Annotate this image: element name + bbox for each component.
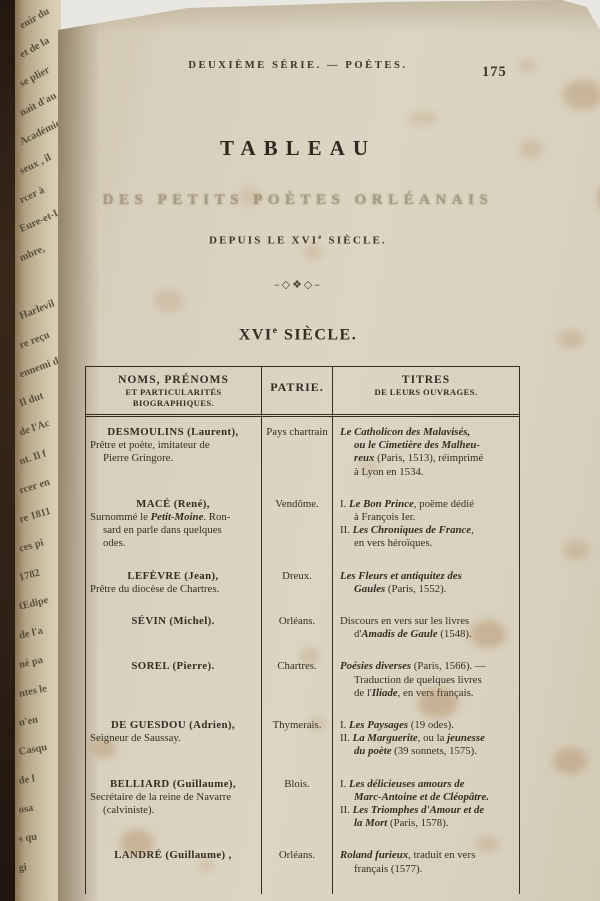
poet-name: SÉVIN (Michel). (90, 615, 256, 628)
table-cell: Roland furieux, traduit en versfrançais … (333, 840, 519, 885)
work-title-line: I. Le Bon Prince, poëme dédié (340, 498, 515, 511)
poet-patrie: Thymerais. (262, 719, 332, 732)
facing-page-text-fragment: de l (18, 765, 61, 787)
work-title-line: reux (Paris, 1513), réimprimé (340, 452, 515, 465)
table-cell: I. Les Paysages (19 odes).II. La Marguer… (333, 710, 519, 769)
facing-page-text-fragment: osa (18, 795, 61, 816)
facing-page-text-fragment: Harlevil (18, 286, 61, 322)
poet-biography-line: sard en parle dans quelques (90, 524, 256, 537)
title-italic-text: Petit-Moine (151, 511, 204, 523)
text-segment: (Paris, 1513), réimprimé (374, 452, 483, 464)
title-italic-text: La Marguerite (353, 732, 418, 744)
title-italic-text: Les Triomphes d'Amour et de (353, 804, 485, 816)
facing-page-text-fragment: Casqu (18, 735, 61, 758)
section-heading: XVIe SIÈCLE. (78, 325, 518, 344)
poet-patrie: Orléans. (262, 615, 332, 628)
work-title-line: Poésies diverses (Paris, 1566). — (340, 660, 515, 673)
foxing-stain (154, 290, 184, 312)
facing-page-text-fragment: Œdipe (18, 585, 61, 613)
foxing-stain (518, 60, 536, 72)
title-italic-text: du poète (354, 745, 391, 757)
work-title-line: de l'Iliade, en vers français. (340, 687, 515, 700)
work-title-line: français (1577). (340, 863, 515, 876)
work-title-line: Le Catholicon des Malavisés, (340, 426, 515, 439)
title-italic-text: Le Bon Prince (349, 498, 414, 510)
poet-patrie: Chartres. (262, 660, 332, 673)
text-segment: Pierre Gringore. (103, 452, 173, 464)
facing-page-text-fragment: rcer en (18, 465, 61, 496)
text-segment: Surnommé le (90, 511, 151, 523)
facing-page-text-fragment: s qu (18, 825, 61, 845)
table-cell: Les Fleurs et antiquitez desGaules (Pari… (333, 561, 519, 606)
text-segment: DE GUESDOU (Adrien), (111, 719, 235, 731)
poet-patrie: Pays chartrain (262, 426, 332, 439)
text-segment: de l' (354, 687, 372, 699)
text-segment: , poëme dédié (414, 498, 474, 510)
table-cell: LANDRÉ (Guillaume) , (86, 840, 261, 885)
table-cell: DE GUESDOU (Adrien),Seigneur de Saussay. (86, 710, 261, 769)
table-cell: Chartres. (261, 651, 333, 710)
foxing-stain (303, 245, 323, 259)
section-text-end: SIÈCLE. (279, 326, 358, 343)
facing-page-text-fragment: ennemi d (18, 346, 61, 381)
foxing-stain (408, 110, 438, 126)
work-title-line: la Mort (Paris, 1578). (340, 817, 515, 830)
work-title-line: II. Les Triomphes d'Amour et de (340, 804, 515, 817)
poet-name: BELLIARD (Guillaume), (90, 778, 256, 791)
table-cell: Dreux. (261, 561, 333, 606)
text-segment: , ou la (418, 732, 447, 744)
text-segment: , (471, 524, 474, 536)
text-segment: sard en parle dans quelques (103, 524, 222, 536)
title-italic-text: Le Catholicon des Malavisés, (340, 426, 470, 438)
foxing-stain (558, 330, 584, 348)
poet-patrie: Dreux. (262, 570, 332, 583)
section-text: XVI (239, 326, 273, 343)
work-title-line: II. Les Chroniques de France, (340, 524, 515, 537)
title-italic-text: Iliade (372, 687, 398, 699)
text-segment: à François Ier. (354, 511, 415, 523)
page-title: TABLEAU (78, 136, 518, 161)
text-segment: français (1577). (354, 863, 422, 875)
book-page: DEUXIÈME SÉRIE. — POÈTES. 175 TABLEAU DE… (58, 0, 600, 901)
text-segment: I. (340, 778, 349, 790)
text-segment: MACÉ (René), (136, 498, 210, 510)
facing-page-text-fragment: ntes le (18, 675, 61, 700)
poet-name: DESMOULINS (Laurent), (90, 426, 256, 439)
work-title-line: I. Les délicieuses amours de (340, 778, 515, 791)
since-text: DEPUIS LE XVI (209, 235, 318, 247)
table-cell: Poésies diverses (Paris, 1566). —Traduct… (333, 651, 519, 710)
header-titres-line2: DE LEURS OUVRAGES. (335, 387, 517, 398)
facing-page-text-fragment: re 1811 (18, 495, 61, 525)
text-segment: Prêtre et poète, imitateur de (90, 439, 210, 451)
work-title-line: Gaules (Paris, 1552). (340, 583, 515, 596)
text-segment: Discours en vers sur les livres (340, 615, 469, 627)
work-title-line: à François Ier. (340, 511, 515, 524)
table-cell: I. Les délicieuses amours deMarc-Antoine… (333, 769, 519, 841)
text-segment: DESMOULINS (Laurent), (107, 426, 238, 438)
text-segment: (Paris, 1552). (385, 583, 446, 595)
table-cell: Pays chartrain (261, 417, 333, 489)
text-segment: (19 odes). (408, 719, 454, 731)
poet-patrie: Blois. (262, 778, 332, 791)
foxing-stain (520, 140, 542, 158)
table-cell: DESMOULINS (Laurent),Prêtre et poète, im… (86, 417, 261, 489)
poet-biography-line: (calviniste). (90, 804, 256, 817)
text-segment: LANDRÉ (Guillaume) , (114, 849, 231, 861)
facing-page-text-fragment: Il dut (18, 376, 61, 410)
table-cell: Vendôme. (261, 489, 333, 561)
text-segment: , en vers français. (398, 687, 474, 699)
poet-biography-line: Secrétaire de la reine de Navarre (90, 791, 256, 804)
facing-page-text-fragment: 1782 (18, 555, 61, 584)
header-noms-line1: NOMS, PRÉNOMS (88, 373, 259, 387)
foxing-stain (563, 540, 589, 560)
table-bottom-open (333, 886, 519, 894)
table-header-patrie: PATRIE. (261, 367, 333, 417)
poet-biography-line: Surnommé le Petit-Moine. Ron- (90, 511, 256, 524)
work-title-line: Les Fleurs et antiquitez des (340, 570, 515, 583)
text-segment: . Ron- (203, 511, 230, 523)
poet-biography-line: Prêtre et poète, imitateur de (90, 439, 256, 452)
facing-page-text-fragment: né pa (18, 645, 61, 671)
table-cell: Thymerais. (261, 710, 333, 769)
table-header-noms: NOMS, PRÉNOMS ET PARTICULARITÉS BIOGRAPH… (86, 367, 261, 417)
facing-page-text-fragment: enir du (18, 0, 61, 32)
facing-page-text-fragment: de l'a (18, 615, 61, 642)
poets-table: NOMS, PRÉNOMS ET PARTICULARITÉS BIOGRAPH… (85, 366, 520, 894)
prev-page: enir duet de lase pliernait d'auAcadémie… (15, 0, 61, 901)
text-segment: (39 sonnets, 1575). (391, 745, 476, 757)
facing-page-text-fragment: nt. Il f (18, 435, 61, 467)
text-segment: I. (340, 498, 349, 510)
title-italic-text: reux (354, 452, 374, 464)
since-text-end: SIÈCLE. (324, 235, 387, 247)
text-segment: (Paris, 1566). — (411, 660, 486, 672)
title-italic-text: jeunesse (447, 732, 485, 744)
text-segment: Seigneur de Saussay. (90, 732, 181, 744)
text-segment: (calviniste). (103, 804, 154, 816)
table-cell: BELLIARD (Guillaume),Secrétaire de la re… (86, 769, 261, 841)
book-spine-edge (0, 0, 15, 901)
text-segment: Traduction de quelques livres (354, 674, 482, 686)
facing-page-text-fragment: de l'Ac (18, 405, 61, 438)
work-title-line: Traduction de quelques livres (340, 674, 515, 687)
text-segment: LEFÈVRE (Jean), (127, 570, 218, 582)
poet-patrie: Orléans. (262, 849, 332, 862)
foxing-stain (553, 748, 587, 774)
poet-name: LANDRÉ (Guillaume) , (90, 849, 256, 862)
header-titres-line1: TITRES (335, 373, 517, 387)
work-title-line: Discours en vers sur les livres (340, 615, 515, 628)
title-italic-text: Poésies diverses (340, 660, 411, 672)
text-segment: I. (340, 719, 349, 731)
poet-biography-line: Seigneur de Saussay. (90, 732, 256, 745)
table-cell: Discours en vers sur les livresd'Amadis … (333, 606, 519, 651)
title-italic-text: Les Fleurs et antiquitez des (340, 570, 462, 582)
text-segment: , traduit en vers (408, 849, 475, 861)
text-segment: SOREL (Pierre). (131, 660, 214, 672)
text-segment: Prêtre du diocèse de Chartres. (90, 583, 219, 595)
poet-biography-line: Pierre Gringore. (90, 452, 256, 465)
subtitle-since-line: DEPUIS LE XVIe SIÈCLE. (78, 234, 518, 247)
book-photo: enir duet de lase pliernait d'auAcadémie… (0, 0, 600, 901)
work-title-line: d'Amadis de Gaule (1548). (340, 628, 515, 641)
work-title-line: II. La Marguerite, ou la jeunesse (340, 732, 515, 745)
table-bottom-open (261, 886, 333, 894)
work-title-line: Roland furieux, traduit en vers (340, 849, 515, 862)
title-italic-text: la Mort (354, 817, 387, 829)
poet-name: LEFÈVRE (Jean), (90, 570, 256, 583)
text-segment: SÉVIN (Michel). (131, 615, 214, 627)
running-header: DEUXIÈME SÉRIE. — POÈTES. (78, 60, 518, 71)
poet-biography-line: odes. (90, 537, 256, 550)
title-italic-text: ou le Cimetière des Malheu- (354, 439, 480, 451)
foxing-stain (563, 80, 600, 110)
title-italic-text: Amadis de Gaule (361, 628, 437, 640)
work-title-line: ou le Cimetière des Malheu- (340, 439, 515, 452)
title-italic-text: Les délicieuses amours de (349, 778, 464, 790)
table-cell: SOREL (Pierre). (86, 651, 261, 710)
table-cell: I. Le Bon Prince, poëme dédiéà François … (333, 489, 519, 561)
text-segment: odes. (103, 537, 126, 549)
work-title-line: du poète (39 sonnets, 1575). (340, 745, 515, 758)
text-segment: II. (340, 804, 353, 816)
page-number: 175 (482, 64, 507, 81)
fleuron-ornament-icon: –◇❖◇– (78, 278, 518, 291)
poet-name: SOREL (Pierre). (90, 660, 256, 673)
text-segment: (Paris, 1578). (387, 817, 448, 829)
facing-page-text-fragment: gi (18, 855, 61, 874)
table-cell: Orléans. (261, 606, 333, 651)
title-italic-text: Marc-Antoine et de Cléopâtre. (354, 791, 489, 803)
title-italic-text: Les Chroniques de France (353, 524, 471, 536)
table-cell: LEFÈVRE (Jean),Prêtre du diocèse de Char… (86, 561, 261, 606)
poet-patrie: Vendôme. (262, 498, 332, 511)
table-cell: Blois. (261, 769, 333, 841)
table-cell: SÉVIN (Michel). (86, 606, 261, 651)
poet-biography-line: Prêtre du diocèse de Chartres. (90, 583, 256, 596)
work-title-line: à Lyon en 1534. (340, 466, 515, 479)
work-title-line: Marc-Antoine et de Cléopâtre. (340, 791, 515, 804)
text-segment: à Lyon en 1534. (354, 466, 424, 478)
poet-name: MACÉ (René), (90, 498, 256, 511)
work-title-line: I. Les Paysages (19 odes). (340, 719, 515, 732)
text-segment: (1548). (438, 628, 472, 640)
text-segment: II. (340, 524, 353, 536)
page-subtitle: DES PETITS POÈTES ORLÉANAIS (78, 192, 518, 209)
table-cell: MACÉ (René),Surnommé le Petit-Moine. Ron… (86, 489, 261, 561)
text-segment: Secrétaire de la reine de Navarre (90, 791, 231, 803)
table-bottom-open (86, 886, 261, 894)
facing-page-text-fragment: n'en (18, 705, 61, 729)
title-italic-text: Roland furieux (340, 849, 408, 861)
header-noms-line2: ET PARTICULARITÉS BIOGRAPHIQUES. (88, 387, 259, 409)
title-italic-text: Gaules (354, 583, 385, 595)
poet-name: DE GUESDOU (Adrien), (90, 719, 256, 732)
facing-page-text-fragment: ces pi (18, 525, 61, 554)
title-italic-text: Les Paysages (349, 719, 408, 731)
text-segment: BELLIARD (Guillaume), (110, 778, 236, 790)
table-cell: Le Catholicon des Malavisés,ou le Cimeti… (333, 417, 519, 489)
table-cell: Orléans. (261, 840, 333, 885)
table-header-titres: TITRES DE LEURS OUVRAGES. (333, 367, 519, 417)
text-segment: en vers héroïques. (354, 537, 432, 549)
work-title-line: en vers héroïques. (340, 537, 515, 550)
text-segment: II. (340, 732, 353, 744)
